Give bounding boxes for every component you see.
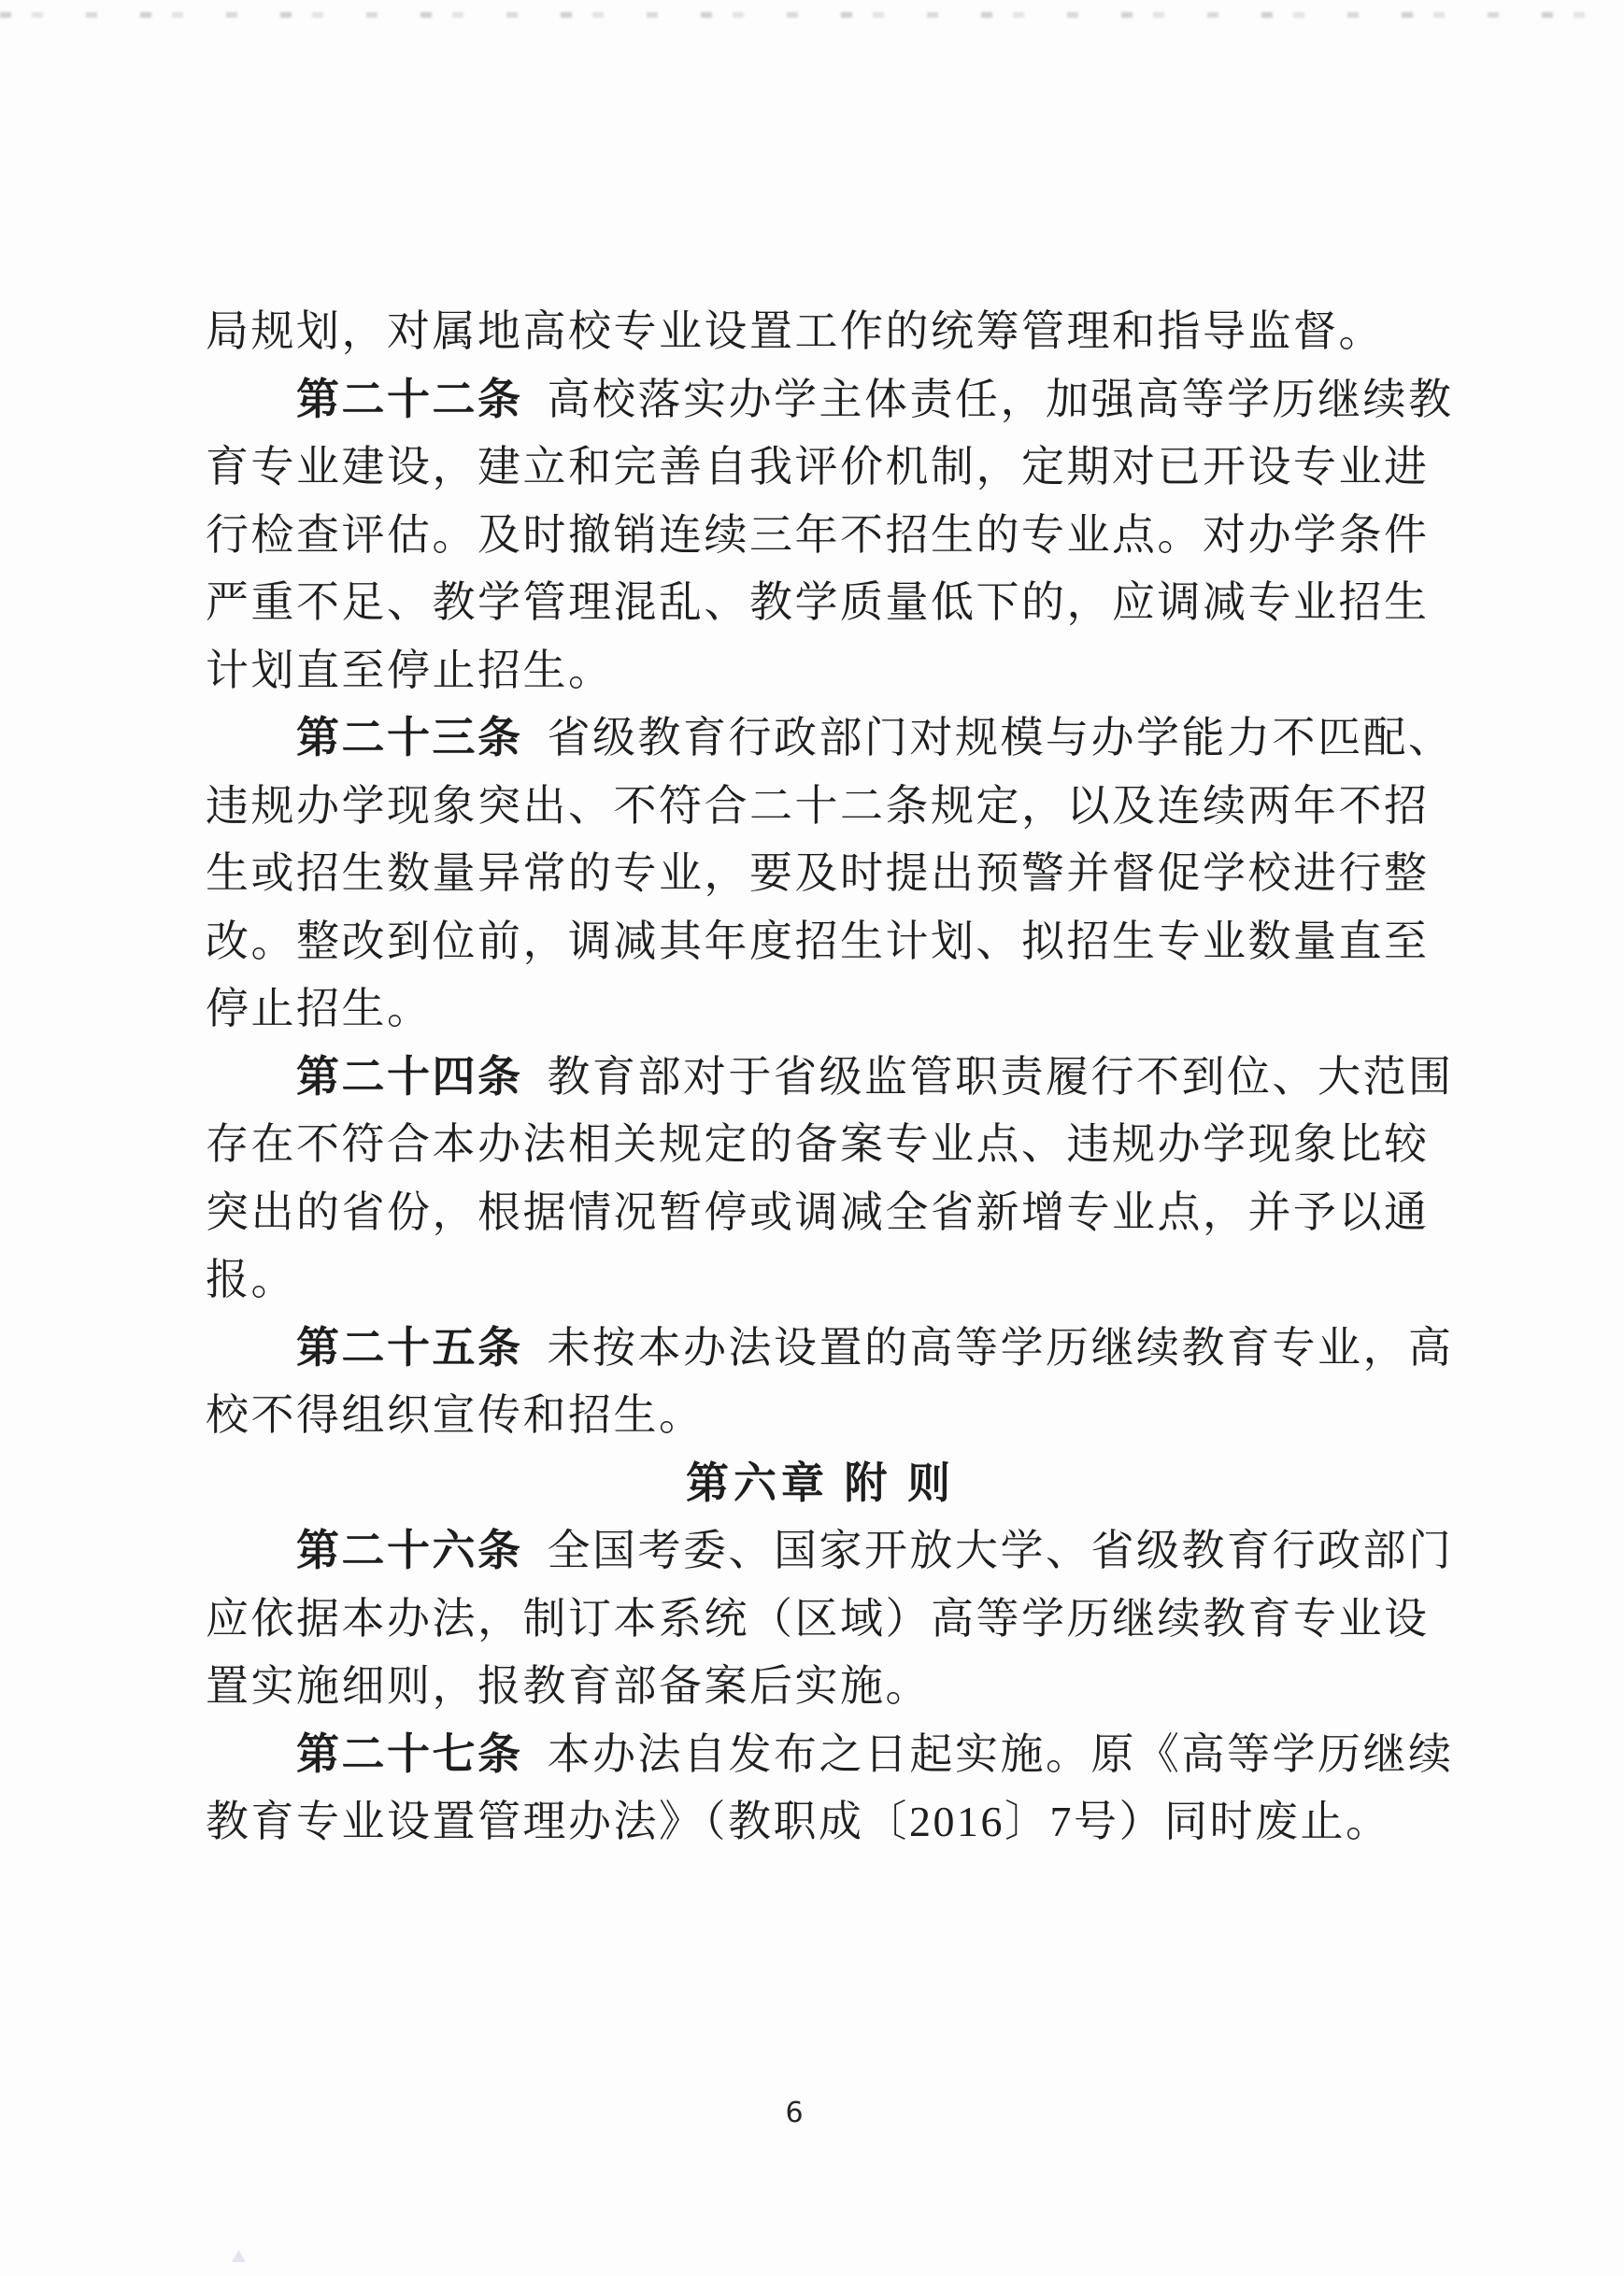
- text-line: 第二十六条全国考委、国家开放大学、省级教育行政部门: [206, 1517, 1435, 1586]
- text-line: 教育专业设置管理办法》（教职成〔2016〕7号）同时废止。: [206, 1788, 1435, 1856]
- text-line: 校不得组织宣传和招生。: [206, 1382, 1435, 1450]
- text-line: 局规划，对属地高校专业设置工作的统筹管理和指导监督。: [206, 298, 1435, 366]
- line-text: 高校落实办学主体责任，加强高等学历继续教: [548, 376, 1454, 423]
- text-line: 违规办学现象突出、不符合二十二条规定，以及连续两年不招: [206, 773, 1435, 841]
- text-line: 存在不符合本办法相关规定的备案专业点、违规办学现象比较: [206, 1111, 1435, 1179]
- text-line: 应依据本办法，制订本系统（区域）高等学历继续教育专业设: [206, 1586, 1435, 1654]
- page-number: 6: [766, 2097, 822, 2129]
- document-body: 局规划，对属地高校专业设置工作的统筹管理和指导监督。第二十二条高校落实办学主体责…: [206, 298, 1435, 1856]
- text-line: 行检查评估。及时撤销连续三年不招生的专业点。对办学条件: [206, 502, 1435, 570]
- line-text: 全国考委、国家开放大学、省级教育行政部门: [548, 1527, 1454, 1574]
- text-line: 停止招生。: [206, 975, 1435, 1044]
- text-line: 第二十三条省级教育行政部门对规模与办学能力不匹配、: [206, 704, 1435, 773]
- article-number: 第二十二条: [296, 376, 523, 423]
- text-line: 计划直至停止招生。: [206, 637, 1435, 705]
- article-number: 第二十七条: [296, 1730, 523, 1778]
- chapter-heading: 第六章 附 则: [206, 1450, 1435, 1518]
- text-line: 第二十二条高校落实办学主体责任，加强高等学历继续教: [206, 366, 1435, 434]
- article-number: 第二十五条: [296, 1324, 523, 1372]
- text-line: 突出的省份，根据情况暂停或调减全省新增专业点，并予以通: [206, 1179, 1435, 1247]
- line-text: 未按本办法设置的高等学历继续教育专业，高: [548, 1324, 1454, 1372]
- text-line: 改。整改到位前，调减其年度招生计划、拟招生专业数量直至: [206, 908, 1435, 976]
- line-text: 省级教育行政部门对规模与办学能力不匹配、: [548, 714, 1454, 761]
- article-number: 第二十四条: [296, 1053, 523, 1101]
- document-page: 局规划，对属地高校专业设置工作的统筹管理和指导监督。第二十二条高校落实办学主体责…: [0, 0, 1624, 2276]
- text-line: 第二十四条教育部对于省级监管职责履行不到位、大范围: [206, 1044, 1435, 1112]
- text-line: 育专业建设，建立和完善自我评价机制，定期对已开设专业进: [206, 434, 1435, 502]
- scan-artifact-bottom-left: [232, 2250, 246, 2262]
- scan-artifact-top: [0, 12, 1624, 18]
- line-text: 本办法自发布之日起实施。原《高等学历继续: [548, 1730, 1454, 1778]
- text-line: 置实施细则，报教育部备案后实施。: [206, 1653, 1435, 1721]
- line-text: 教育部对于省级监管职责履行不到位、大范围: [548, 1053, 1454, 1101]
- text-line: 生或招生数量异常的专业，要及时提出预警并督促学校进行整: [206, 840, 1435, 908]
- article-number: 第二十六条: [296, 1527, 523, 1574]
- text-line: 第二十七条本办法自发布之日起实施。原《高等学历继续: [206, 1721, 1435, 1789]
- text-line: 报。: [206, 1246, 1435, 1315]
- text-line: 严重不足、教学管理混乱、教学质量低下的，应调减专业招生: [206, 569, 1435, 637]
- article-number: 第二十三条: [296, 714, 523, 761]
- text-line: 第二十五条未按本办法设置的高等学历继续教育专业，高: [206, 1315, 1435, 1383]
